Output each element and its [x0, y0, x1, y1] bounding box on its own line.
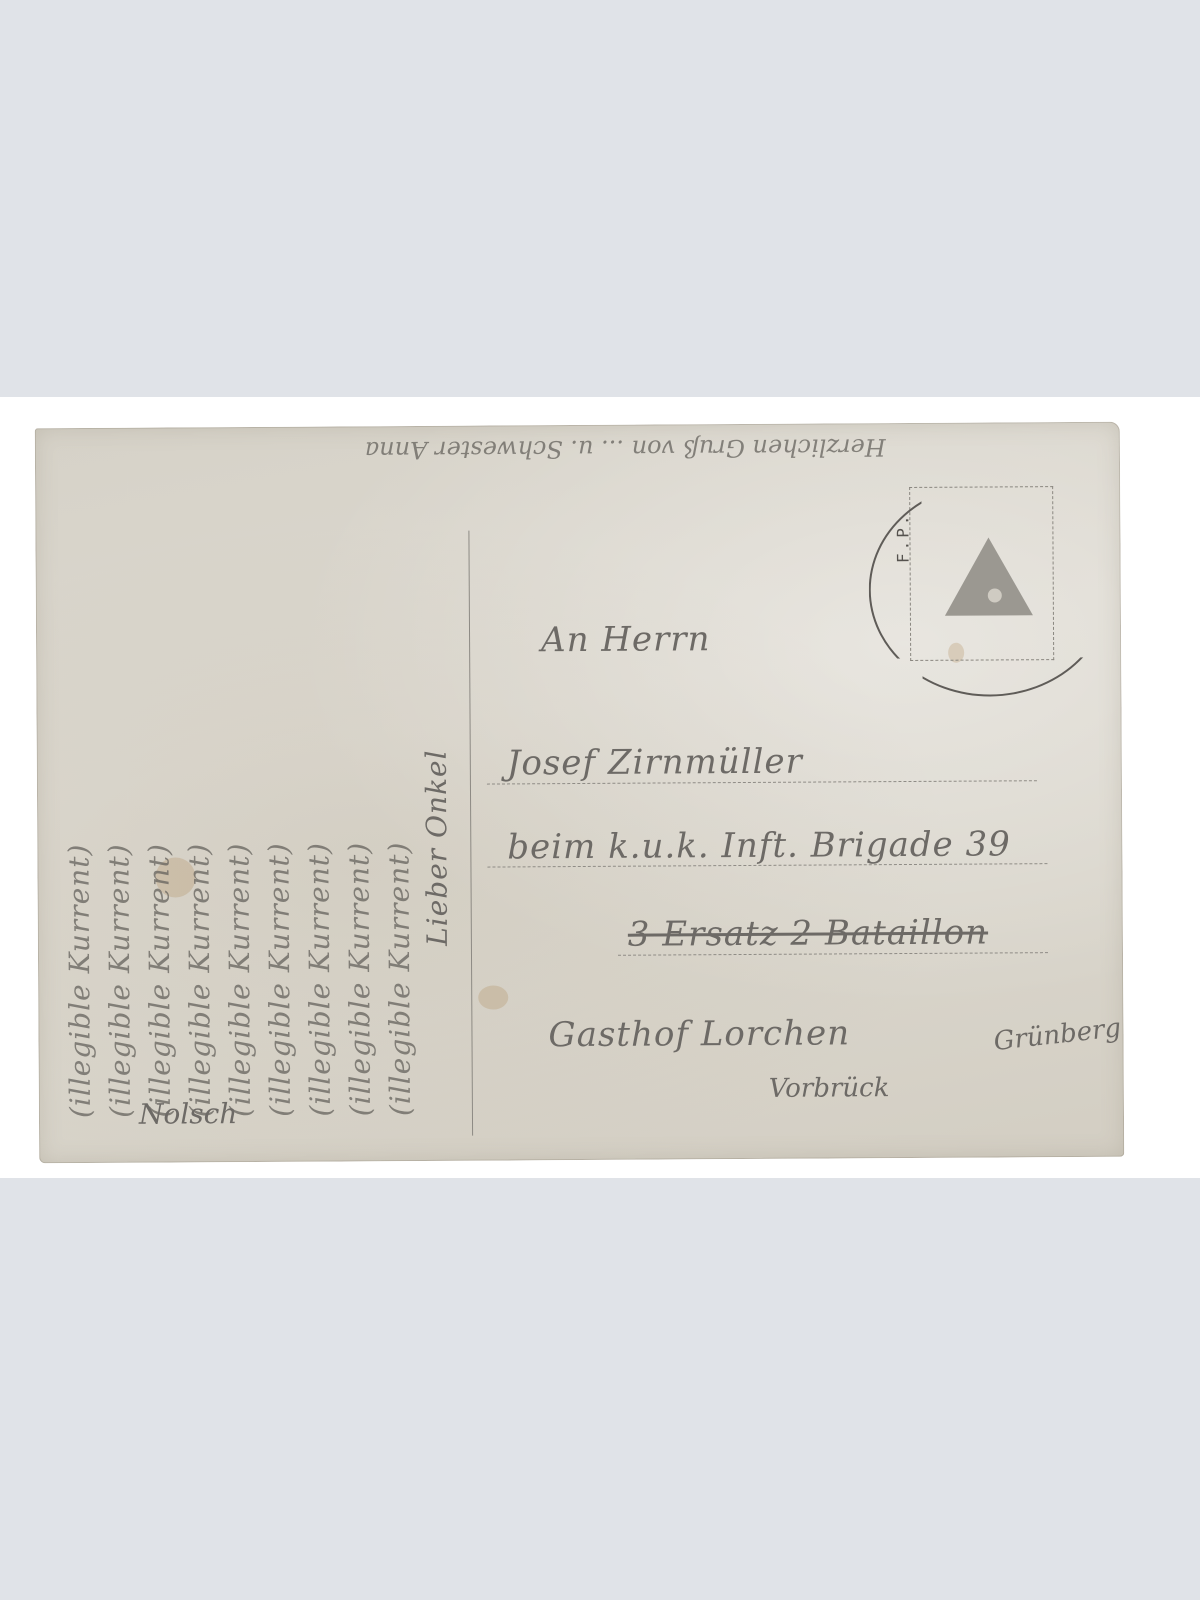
- address-lower: Vorbrück: [769, 1073, 890, 1104]
- upside-down-note: Herzlichen Gruß von ... u. Schwester Ann…: [365, 433, 886, 464]
- postcard: F.P. An Herrn Josef Zirnmüller beim k.u.…: [35, 422, 1124, 1164]
- message-line: (illegible Kurrent): [102, 843, 137, 1118]
- message-opening: Lieber Onkel: [420, 749, 454, 946]
- triangle-stamp-icon: [944, 537, 1032, 616]
- address-salutation: An Herrn: [541, 619, 711, 660]
- message-line: (illegible Kurrent): [262, 842, 297, 1117]
- message-line: (illegible Kurrent): [222, 842, 257, 1117]
- address-extra: Grünberg: [992, 1013, 1122, 1057]
- message-signature: Nolsch: [139, 1097, 238, 1131]
- triangle-center-dot: [988, 588, 1002, 602]
- address-location: Gasthof Lorchen: [548, 1013, 850, 1055]
- address-crossed-out: 3 Ersatz 2 Bataillon: [628, 913, 988, 955]
- message-line: (illegible Kurrent): [382, 842, 417, 1117]
- stain: [478, 985, 508, 1009]
- message-line: (illegible Kurrent): [62, 843, 97, 1118]
- message-line: (illegible Kurrent): [302, 842, 337, 1117]
- message-line: (illegible Kurrent): [182, 843, 217, 1118]
- message-line: (illegible Kurrent): [142, 843, 177, 1118]
- stamp-box: [909, 486, 1054, 661]
- postmark-text: F.P.: [893, 512, 912, 563]
- address-unit: beim k.u.k. Inft. Brigade 39: [507, 824, 1011, 867]
- address-name: Josef Zirnmüller: [507, 742, 803, 784]
- address-divider: [468, 531, 473, 1136]
- message-line: (illegible Kurrent): [342, 842, 377, 1117]
